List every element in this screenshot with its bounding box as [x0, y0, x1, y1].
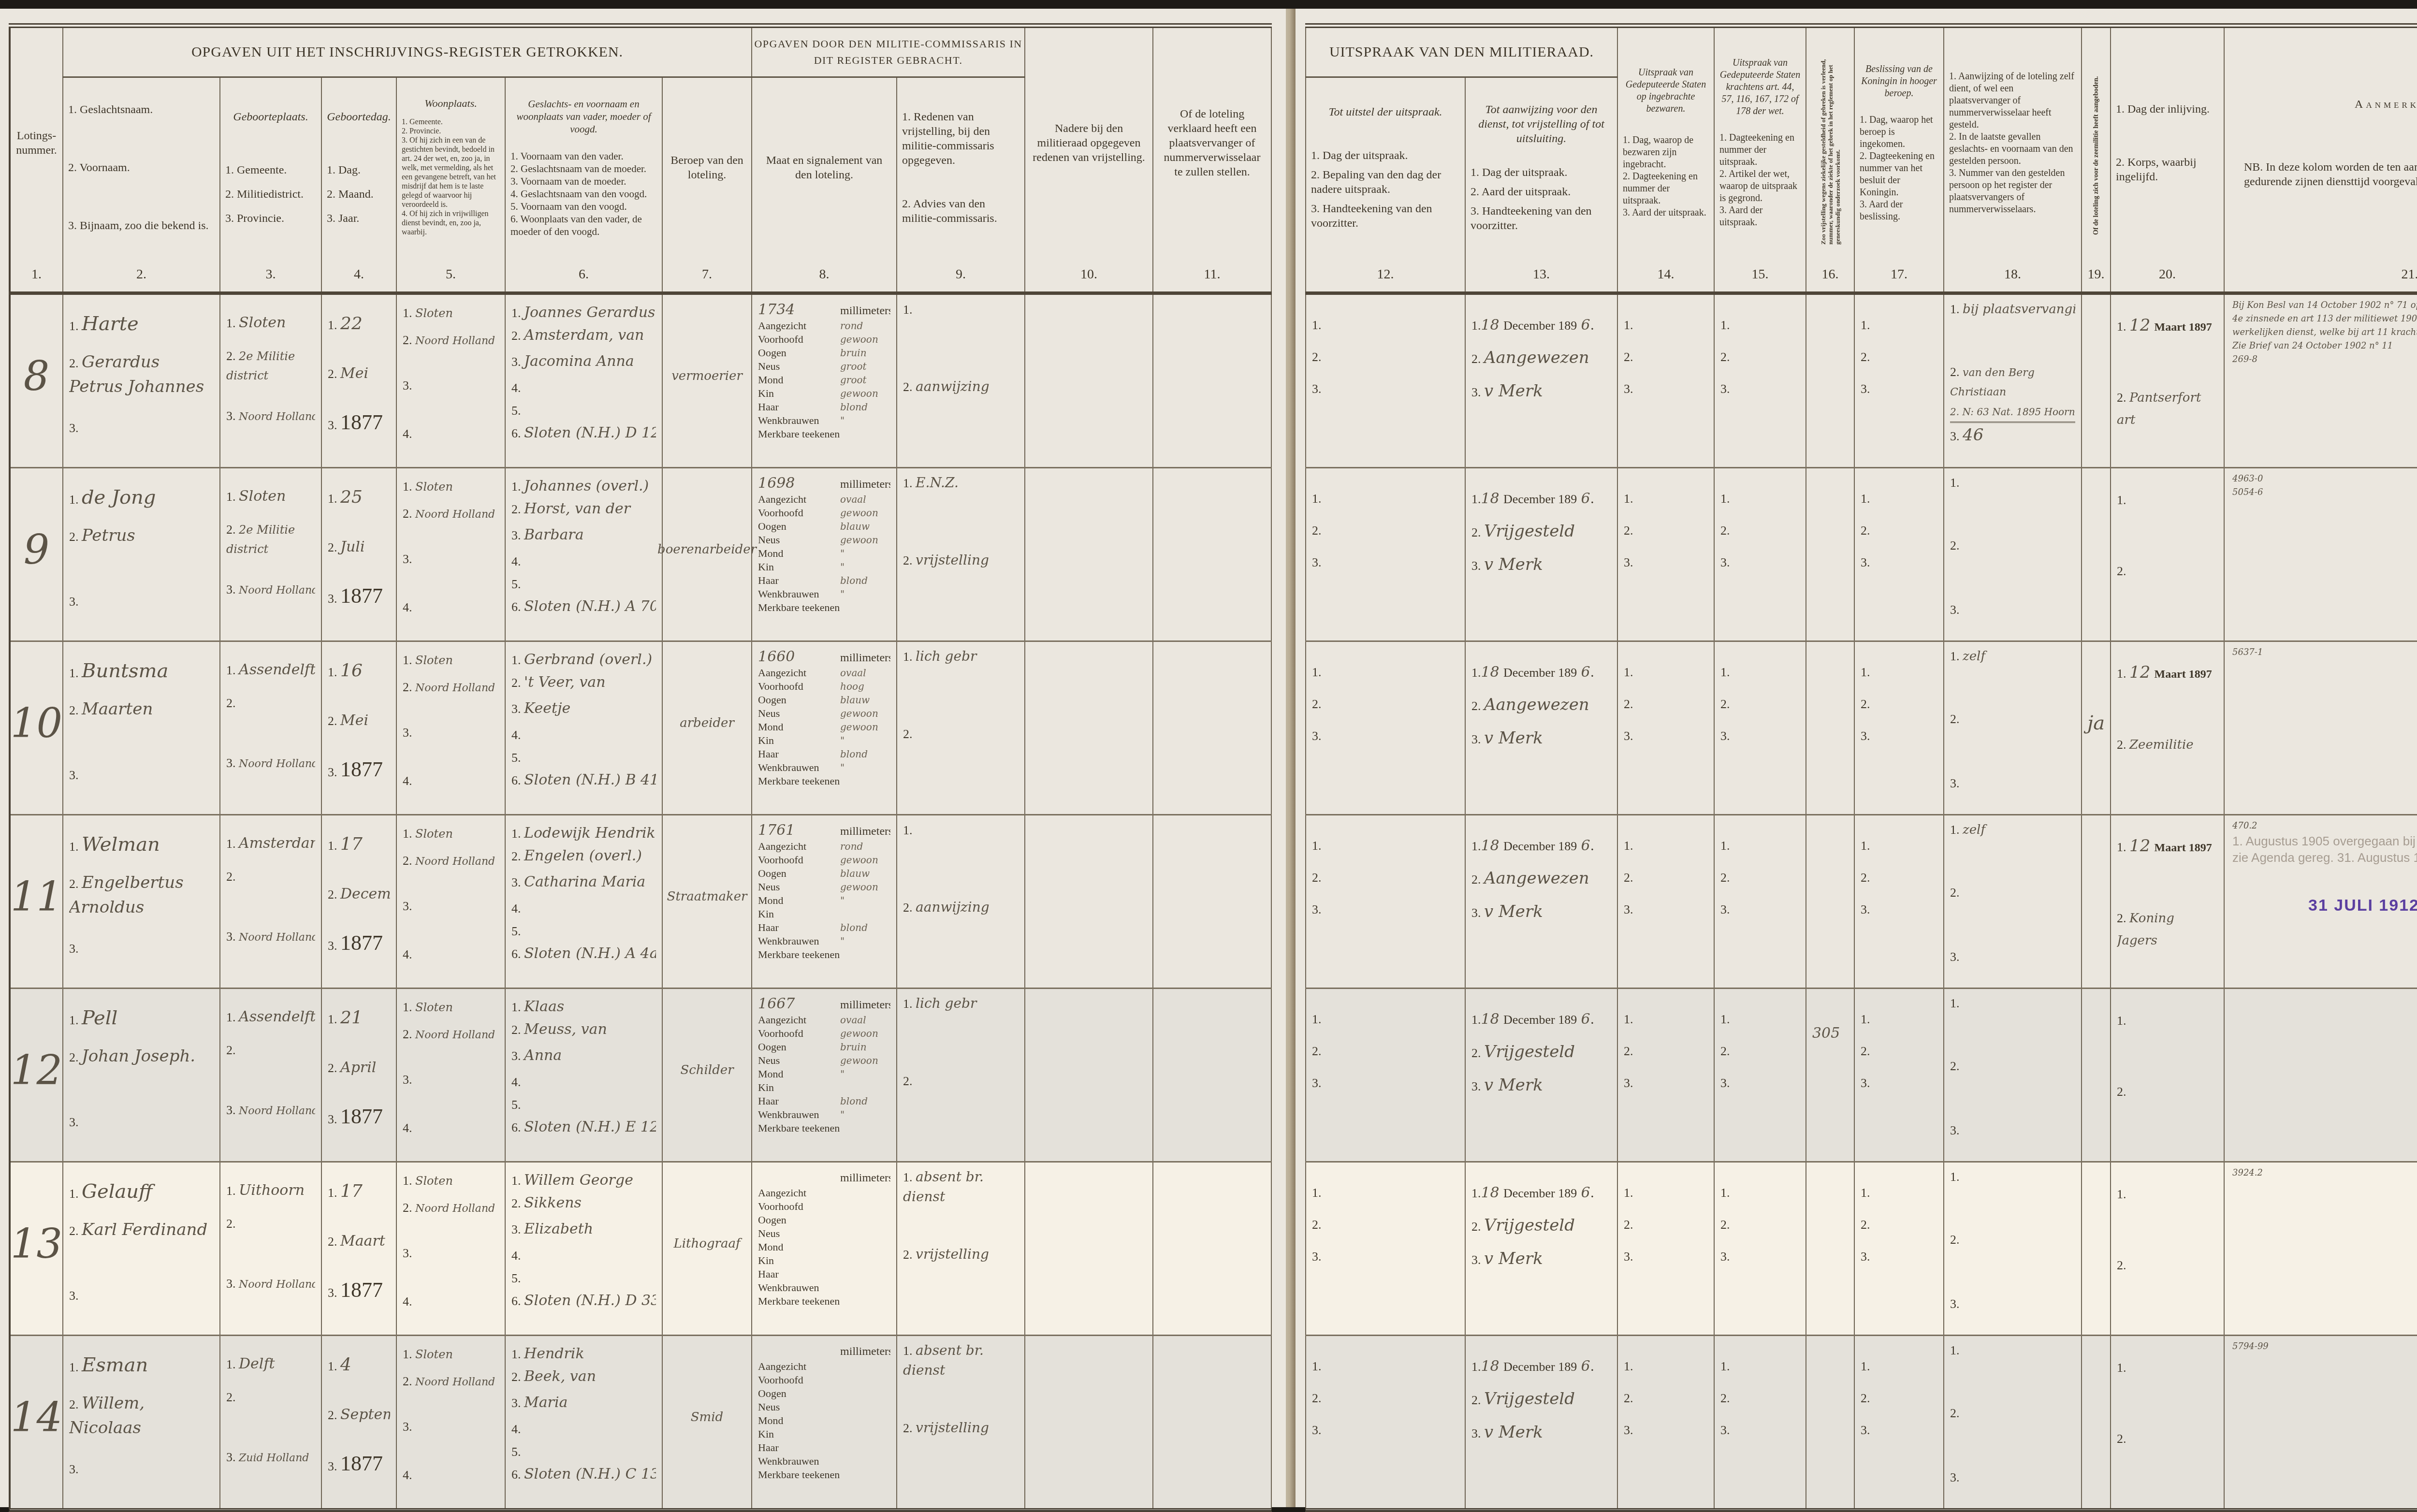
signalement-label: Voorhoofd: [758, 506, 840, 519]
uitspraak-maand-jaar: December 189: [1503, 319, 1577, 333]
parent-field: Keetje: [524, 700, 570, 717]
lotingsnummer: 9: [24, 528, 49, 571]
col-number: 18.: [1944, 258, 2082, 293]
col-number: 4.: [321, 258, 396, 293]
geboorte-provincie: Noord Holland: [239, 411, 315, 423]
uitspraak-jaar-digit: 6: [1581, 1358, 1590, 1375]
woon-gemeente: Sloten: [415, 1001, 453, 1014]
geboorte-provincie: Noord Holland: [239, 1279, 315, 1291]
signalement-label: Mond: [758, 373, 840, 386]
woon-gemeente: Sloten: [415, 1348, 453, 1361]
gedeputeerde-staten-bezwaren: 1.2.3.: [1618, 1336, 1714, 1498]
register-nummer: 46: [1963, 425, 1983, 445]
signalement-value: ": [840, 415, 844, 426]
redenen-vrijstelling: lich gebr: [916, 648, 976, 664]
signalement-label: Wenkbrauwen: [758, 1108, 840, 1121]
register-row: 91. de Jong2. Petrus3. 1. Sloten2. 2e Mi…: [10, 468, 1271, 641]
signalement-value: gewoon: [840, 388, 878, 399]
uitspraak-maand-jaar: December 189: [1503, 1013, 1577, 1027]
beroep: Straatmaker: [667, 886, 747, 907]
uitspraak-maand-jaar: December 189: [1503, 1360, 1577, 1374]
handteekening-voorzitter: v Merk: [1484, 728, 1543, 748]
signalement-value: gewoon: [840, 1055, 878, 1066]
signalement-label: Aangezicht: [758, 1013, 840, 1026]
aanmerkingen: 5637-1: [2225, 642, 2417, 804]
ontslagen-stamp: 31 JULI 1912 ontslagen: [2232, 895, 2417, 916]
signalement-value: hoog: [840, 681, 864, 692]
signalement-label: Wenkbrauwen: [758, 761, 840, 774]
col3-header: Geboorteplaats. 1. Gemeente. 2. Militied…: [220, 77, 321, 258]
signalement-label: Voorhoofd: [758, 680, 840, 693]
signalement-value: ": [840, 561, 844, 573]
woon-gemeente: Sloten: [415, 827, 453, 841]
redenen-vrijstelling: absent br. dienst: [903, 1342, 984, 1378]
signalement-label: Oogen: [758, 1040, 840, 1053]
geboorte-jaar: 1877: [340, 410, 383, 434]
signalement-label: Wenkbrauwen: [758, 1281, 840, 1294]
remark-line: 269-8: [2232, 353, 2417, 366]
signalement-label: Merkbare teekenen: [758, 1121, 840, 1134]
signalement-label: Neus: [758, 880, 840, 893]
col18-header: 1. Aanwijzing of de loteling zelf dient,…: [1944, 26, 2082, 258]
beroep: Lithograaf: [673, 1233, 740, 1254]
parent-field: Joannes Gerardus: [524, 304, 655, 321]
signalement-value: ovaal: [840, 494, 866, 505]
parent-field: Anna: [524, 1047, 562, 1064]
right-page: UITSPRAAK VAN DEN MILITIERAAD. Uitspraak…: [1296, 9, 2417, 1507]
inlijving-maand-jaar: Maart 1897: [2155, 668, 2212, 681]
col15-header: Uitspraak van Gedeputeerde Staten kracht…: [1714, 26, 1806, 258]
register-row: 131. Gelauff2. Karl Ferdinand3. 1. Uitho…: [10, 1162, 1271, 1336]
parent-field: Sloten (N.H.) C 133: [524, 1466, 656, 1483]
inlijving-dag: 12: [2129, 663, 2150, 682]
uitspraak-jaar-digit: 6: [1581, 317, 1590, 334]
col-number: 16.: [1806, 258, 1854, 293]
geslachtsnaam: Welman: [82, 833, 160, 856]
signalement-label: Merkbare teekenen: [758, 427, 840, 440]
geboorte-gemeente: Assendelft: [239, 1008, 315, 1025]
geboorte-dag: 22: [340, 314, 363, 334]
woon-gemeente: Sloten: [415, 480, 453, 494]
redenen-vrijstelling: E.N.Z.: [916, 475, 959, 491]
geslachtsnaam: Gelauff: [82, 1180, 152, 1203]
signalement-value: gewoon: [840, 854, 878, 866]
col21-header: Aanmerkingen. NB. In deze kolom worden d…: [2224, 26, 2417, 258]
uitspraak-jaar-digit: 6: [1581, 490, 1590, 507]
signalement-label: Kin: [758, 387, 840, 400]
beroep: Schilder: [680, 1060, 733, 1081]
col20-header: 1. Dag der inlijving. 2. Korps, waarbij …: [2111, 26, 2224, 258]
signalement-value: gewoon: [840, 881, 878, 893]
col-number: 7.: [662, 258, 752, 293]
geboorte-dag: 25: [340, 487, 363, 507]
uitspraak-maand-jaar: December 189: [1503, 839, 1577, 853]
gedeputeerde-staten-krachtens: 1.2.3.: [1715, 1163, 1805, 1325]
advies-commissaris: vrijstelling: [916, 1420, 989, 1436]
handteekening-voorzitter: v Merk: [1484, 1076, 1543, 1095]
col-number: 12.: [1306, 258, 1465, 293]
geboorte-gemeente: Amsterdam: [239, 835, 315, 852]
signalement-label: Voorhoofd: [758, 1200, 840, 1213]
register-table-left: Lotings- nummer. OPGAVEN UIT HET INSCHRI…: [9, 23, 1272, 1512]
woon-gemeente: Sloten: [415, 306, 453, 320]
signalement-value: gewoon: [840, 507, 878, 519]
aanmerkingen: 4963-05054-6: [2225, 468, 2417, 631]
signalement-label: Neus: [758, 1400, 840, 1413]
signalement-label: Merkbare teekenen: [758, 601, 840, 614]
geslachtsnaam: Harte: [82, 313, 139, 335]
signalement-label: Kin: [758, 1427, 840, 1440]
parent-field: Beek, van: [524, 1368, 596, 1385]
signalement-label: Merkbare teekenen: [758, 1294, 840, 1308]
geboorte-dag: 4: [340, 1355, 351, 1375]
aard-uitspraak: Aangewezen: [1484, 348, 1589, 367]
parent-field: Hendrik: [524, 1345, 584, 1362]
aanwijzing-zelf-dient: bij plaatsvervanging: [1963, 302, 2075, 317]
uitspraak-jaar-digit: 6: [1581, 1184, 1590, 1201]
signalement-label: Neus: [758, 1054, 840, 1067]
maat: 1660: [758, 649, 840, 665]
lotingsnummer: 12: [11, 1048, 62, 1092]
col5-header: Woonplaats. 1. Gemeente. 2. Provincie. 3…: [396, 77, 505, 258]
voornaam: Engelbertus Arnoldus: [69, 873, 184, 917]
col7-header: Beroep van den loteling.: [662, 77, 752, 258]
signalement-label: Haar: [758, 747, 840, 760]
millimeters-label: millimeters.: [840, 1345, 890, 1358]
zeemilitie-aangeboden: ja: [2087, 712, 2105, 734]
remark-line: Bij Kon Besl van 14 October 1902 n° 71 o…: [2232, 299, 2417, 339]
parent-field: Sloten (N.H.) D 33: [524, 1292, 656, 1309]
handteekening-voorzitter: v Merk: [1484, 1249, 1543, 1268]
gestelde-persoon: van den Berg Christiaan: [1950, 367, 2035, 398]
parent-field: Gerbrand (overl.): [524, 651, 652, 668]
geboorte-jaar: 1877: [340, 931, 383, 955]
advies-commissaris: aanwijzing: [916, 378, 990, 394]
uitspraak-jaar-digit: 6: [1581, 1011, 1590, 1028]
col-number: 9.: [897, 258, 1025, 293]
col-number: 2.: [63, 258, 220, 293]
parent-field: Willem George: [524, 1172, 633, 1189]
register-row: 111. Welman2. Engelbertus Arnoldus3. 1. …: [10, 815, 1271, 989]
signalement-value: bruin: [840, 347, 867, 359]
remark-line: 5794-99: [2232, 1340, 2417, 1353]
signalement-value: blauw: [840, 694, 870, 706]
gedeputeerde-staten-krachtens: 1.2.3.: [1715, 989, 1805, 1151]
signalement-label: Merkbare teekenen: [758, 948, 840, 961]
geboorte-jaar: 1877: [340, 1105, 383, 1128]
uitspraak-dag: 18: [1481, 1358, 1500, 1375]
parent-field: Meuss, van: [524, 1021, 607, 1038]
millimeters-label: millimeters.: [840, 652, 890, 664]
beslissing-koningin: 1.2.3.: [1855, 815, 1943, 978]
aard-uitspraak: Vrijgesteld: [1484, 1216, 1575, 1235]
signalement-label: Haar: [758, 921, 840, 934]
beroep: boerenarbeider: [657, 539, 757, 560]
parent-field: Barbara: [524, 526, 584, 543]
signalement-value: ": [840, 735, 844, 746]
geboorte-maand: Mei: [340, 712, 368, 729]
signalement-label: Haar: [758, 1094, 840, 1107]
handteekening-voorzitter: v Merk: [1484, 381, 1543, 401]
parent-field: Lodewijk Hendrik: [524, 825, 655, 842]
korps: Zeemilitie: [2129, 738, 2194, 752]
uitstel-uitspraak: 1.2.3.: [1306, 642, 1465, 804]
col4-header: Geboortedag. 1. Dag. 2. Maand. 3. Jaar.: [321, 77, 396, 258]
geslachtsnaam: Esman: [82, 1354, 148, 1376]
maat: 1761: [758, 822, 840, 839]
uitspraak-dag: 18: [1481, 317, 1500, 334]
signalement-value: groot: [840, 374, 866, 386]
nadere-redenen: [1025, 468, 1152, 631]
signalement-label: Merkbare teekenen: [758, 1468, 840, 1481]
geboorte-jaar: 1877: [340, 1278, 383, 1302]
voornaam: Karl Ferdinand: [82, 1220, 207, 1239]
lotingsnummer: 14: [11, 1396, 62, 1439]
uitspraak-dag: 18: [1481, 490, 1500, 507]
signalement-value: blauw: [840, 521, 870, 532]
geboorte-provincie: Noord Holland: [239, 758, 315, 770]
parent-field: Sikkens: [524, 1194, 582, 1211]
geboorte-maand: Mei: [340, 365, 368, 382]
remark-line: 3924.2: [2232, 1166, 2417, 1180]
geboorte-provincie: Noord Holland: [239, 1105, 315, 1117]
col-number: 5.: [396, 258, 505, 293]
signalement-label: Haar: [758, 400, 840, 413]
inlijving-dag: 12: [2129, 836, 2150, 856]
col8-header: Maat en signalement van den loteling.: [752, 77, 897, 258]
signalement-label: Aangezicht: [758, 319, 840, 332]
register-row: 101. Buntsma2. Maarten3. 1. Assendelft2.…: [10, 641, 1271, 815]
signalement-label: Oogen: [758, 1213, 840, 1226]
signalement-value: groot: [840, 361, 866, 372]
gedeputeerde-staten-bezwaren: 1.2.3.: [1618, 815, 1714, 978]
signalement-value: ": [840, 762, 844, 773]
voornaam: Maarten: [82, 699, 153, 719]
aanmerkingen: [2225, 989, 2417, 1151]
register-row: 121. Pell2. Johan Joseph.3. 1. Assendelf…: [10, 989, 1271, 1162]
parent-field: Johannes (overl.): [524, 478, 649, 494]
signalement-label: Mond: [758, 894, 840, 907]
signalement-label: Haar: [758, 1441, 840, 1454]
lotingsnummer: 11: [11, 875, 62, 918]
parent-field: Klaas: [524, 998, 564, 1015]
maat: 1698: [758, 475, 840, 492]
signalement-value: gewoon: [840, 334, 878, 345]
signalement-label: Neus: [758, 360, 840, 373]
signalement-label: Kin: [758, 1081, 840, 1094]
woon-gemeente: Sloten: [415, 1174, 453, 1188]
signalement-label: Mond: [758, 547, 840, 560]
maat: 1667: [758, 996, 840, 1012]
woon-gemeente: Sloten: [415, 654, 453, 667]
signalement-label: Neus: [758, 707, 840, 720]
col10-header: Nadere bij den militieraad opgegeven red…: [1025, 26, 1153, 258]
signalement-label: Haar: [758, 1267, 840, 1280]
millimeters-label: millimeters.: [840, 999, 890, 1011]
signalement-label: Oogen: [758, 1387, 840, 1400]
maat: 1734: [758, 302, 840, 318]
uitspraak-dag: 18: [1481, 1011, 1500, 1028]
signalement-label: Wenkbrauwen: [758, 414, 840, 427]
plaatsvervanger-verklaring: [1153, 468, 1271, 631]
signalement-label: Oogen: [758, 520, 840, 533]
geboorte-maand: September: [340, 1406, 390, 1423]
col-number: 20.: [2111, 258, 2224, 293]
signalement-value: gewoon: [840, 534, 878, 546]
nadere-redenen: [1025, 642, 1152, 804]
geboorte-maand: Maart: [340, 1233, 385, 1250]
signalement-label: Oogen: [758, 867, 840, 880]
left-page: Lotings- nummer. OPGAVEN UIT HET INSCHRI…: [0, 9, 1286, 1507]
parent-field: Amsterdam, van: [524, 327, 644, 344]
signalement-label: Wenkbrauwen: [758, 934, 840, 947]
geboorte-gemeente: Delft: [239, 1355, 275, 1372]
uitspraak-dag: 18: [1481, 1184, 1500, 1201]
woon-provincie: Noord Holland: [415, 1376, 495, 1388]
signalement-value: blond: [840, 922, 868, 933]
gedeputeerde-staten-krachtens: 1.2.3.: [1715, 295, 1805, 457]
register-row: 1.2.3.1.18 December 189 6.2. Vrijgesteld…: [1306, 989, 2417, 1162]
signalement-label: Aangezicht: [758, 1186, 840, 1199]
uitspraak-maand-jaar: December 189: [1503, 1186, 1577, 1200]
beslissing-koningin: 1.2.3.: [1855, 1336, 1943, 1498]
group-header-commissaris: OPGAVEN DOOR DEN MILITIE-COMMISSARIS IN …: [752, 26, 1025, 77]
gedeputeerde-staten-krachtens: 1.2.3.: [1715, 1336, 1805, 1498]
signalement-value: ": [840, 935, 844, 947]
uitstel-uitspraak: 1.2.3.: [1306, 1163, 1465, 1325]
voornaam: Petrus: [82, 526, 135, 545]
beslissing-koningin: 1.2.3.: [1855, 295, 1943, 457]
parent-field: Maria: [524, 1394, 568, 1411]
uitstel-uitspraak: 1.2.3.: [1306, 1336, 1465, 1498]
uitspraak-dag: 18: [1481, 664, 1500, 681]
signalement-value: bruin: [840, 1041, 867, 1053]
col6-header: Geslachts- en voornaam en woonplaats van…: [505, 77, 662, 258]
signalement-label: Voorhoofd: [758, 1373, 840, 1386]
register-row: 1.2.3.1.18 December 189 6.2. Aangewezen3…: [1306, 641, 2417, 815]
gedeputeerde-staten-bezwaren: 1.2.3.: [1618, 989, 1714, 1151]
geboorte-maand: December: [340, 886, 390, 902]
signalement-label: Voorhoofd: [758, 333, 840, 346]
col-number: 1.: [10, 258, 63, 293]
signalement-label: Neus: [758, 1227, 840, 1240]
redenen-vrijstelling: lich gebr: [916, 995, 976, 1011]
aanwijzing-zelf-dient: zelf: [1963, 649, 1985, 664]
parent-field: Sloten (N.H.) B 41 Linker: [524, 771, 656, 788]
aard-uitspraak: Aangewezen: [1484, 869, 1589, 888]
geboorte-maand: Juli: [340, 538, 365, 555]
uitspraak-maand-jaar: December 189: [1503, 666, 1577, 680]
uitstel-uitspraak: 1.2.3.: [1306, 295, 1465, 457]
geboorte-provincie: Noord Holland: [239, 931, 315, 944]
signalement-value: blond: [840, 575, 868, 586]
aard-uitspraak: Vrijgesteld: [1484, 522, 1575, 541]
signalement-label: Aangezicht: [758, 493, 840, 506]
parent-field: Sloten (N.H.) A 4a: [524, 945, 656, 962]
parent-field: Elizabeth: [524, 1221, 593, 1237]
millimeters-label: millimeters.: [840, 825, 890, 838]
beroep: Smid: [691, 1407, 723, 1428]
aard-uitspraak: Vrijgesteld: [1484, 1389, 1575, 1409]
inlijving-maand-jaar: Maart 1897: [2155, 321, 2212, 334]
geboorte-gemeente: Assendelft: [239, 661, 315, 678]
col-number: 17.: [1854, 258, 1944, 293]
col11-header: Of de loteling verklaard heeft een plaat…: [1153, 26, 1271, 258]
landweer-stamp: 1. Augustus 1905 overgegaan bij de Landw…: [2232, 833, 2417, 849]
col-number: 19.: [2082, 258, 2111, 293]
lotingsnummer: 13: [11, 1222, 62, 1265]
redenen-vrijstelling: absent br. dienst: [903, 1169, 984, 1205]
signalement-label: Aangezicht: [758, 666, 840, 679]
remark-line: 5637-1: [2232, 646, 2417, 659]
uitspraak-dag: 18: [1481, 837, 1500, 854]
signalement-label: Mond: [758, 1240, 840, 1253]
geslachtsnaam: de Jong: [82, 486, 156, 509]
signalement-value: ": [840, 895, 844, 906]
signalement-label: Kin: [758, 560, 840, 573]
signalement-value: rond: [840, 841, 863, 852]
col-number: 3.: [220, 258, 321, 293]
signalement-label: Oogen: [758, 346, 840, 359]
signalement-value: ovaal: [840, 667, 866, 679]
lotingsnummer: 8: [24, 354, 49, 398]
signalement-value: ": [840, 548, 844, 559]
beslissing-koningin: 1.2.3.: [1855, 1163, 1943, 1325]
signalement-value: blauw: [840, 868, 870, 879]
signalement-label: Wenkbrauwen: [758, 1454, 840, 1468]
woon-provincie: Noord Holland: [415, 509, 495, 521]
plaatsvervanger-verklaring: [1153, 1336, 1271, 1498]
nadere-redenen: [1025, 295, 1152, 457]
millimeters-label: millimeters.: [840, 478, 890, 491]
signalement-label: Aangezicht: [758, 840, 840, 853]
parent-field: Horst, van der: [524, 500, 630, 517]
register-table-right: UITSPRAAK VAN DEN MILITIERAAD. Uitspraak…: [1305, 23, 2417, 1512]
aanmerkingen: 5794-99: [2225, 1336, 2417, 1498]
uitspraak-jaar-digit: 6: [1581, 664, 1590, 681]
parent-field: Sloten (N.H.) E 120: [524, 1119, 656, 1135]
inlijving-maand-jaar: Maart 1897: [2155, 842, 2212, 854]
geboorte-jaar: 1877: [340, 757, 383, 781]
parent-field: Sloten (N.H.) A 70: [524, 598, 656, 615]
signalement-value: ": [840, 1068, 844, 1080]
col17-header: Beslissing van de Koningin in hooger ber…: [1854, 26, 1944, 258]
signalement-label: Voorhoofd: [758, 853, 840, 866]
geboorte-provincie: Zuid Holland: [239, 1452, 309, 1464]
beslissing-koningin: 1.2.3.: [1855, 468, 1943, 631]
gedeputeerde-staten-krachtens: 1.2.3.: [1715, 642, 1805, 804]
aard-uitspraak: Vrijgesteld: [1484, 1042, 1575, 1061]
signalement-label: Merkbare teekenen: [758, 774, 840, 787]
uitstel-uitspraak: 1.2.3.: [1306, 468, 1465, 631]
plaatsvervanger-verklaring: [1153, 295, 1271, 457]
remark-line: 470.2: [2232, 819, 2417, 833]
register-row: 141. Esman2. Willem, Nicolaas Alexander …: [10, 1336, 1271, 1511]
millimeters-label: millimeters.: [840, 305, 890, 317]
geboorte-jaar: 1877: [340, 1452, 383, 1475]
signalement-value: gewoon: [840, 721, 878, 733]
signalement-value: ovaal: [840, 1014, 866, 1026]
korps: Pantserfort art: [2117, 391, 2201, 427]
signalement-value: rond: [840, 320, 863, 332]
woon-provincie: Noord Holland: [415, 335, 495, 347]
col9-header: 1. Redenen van vrijstelling, bij den mil…: [897, 77, 1025, 258]
beslissing-koningin: 1.2.3.: [1855, 642, 1943, 804]
register-row: 1.2.3.1.18 December 189 6.2. Aangewezen3…: [1306, 815, 2417, 989]
handteekening-voorzitter: v Merk: [1484, 555, 1543, 574]
beroep: arbeider: [680, 712, 734, 734]
col-number: 21.: [2224, 258, 2417, 293]
